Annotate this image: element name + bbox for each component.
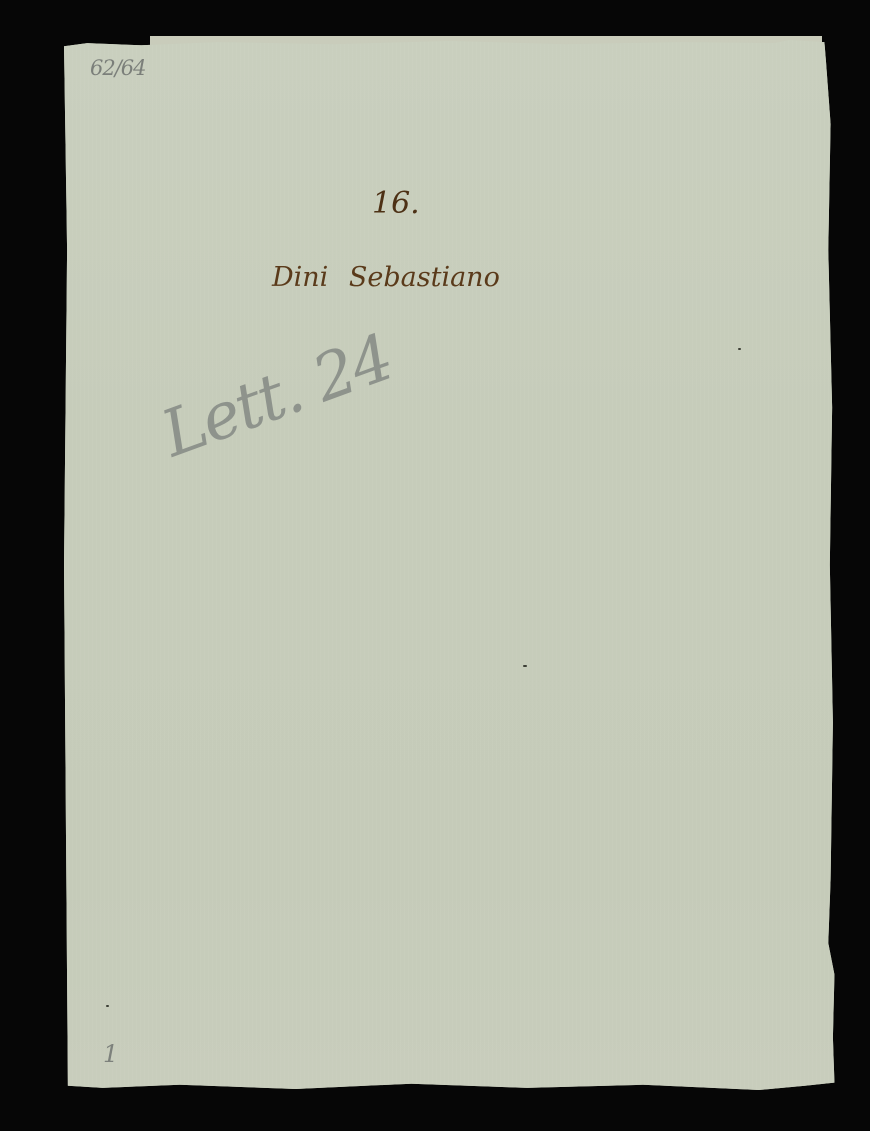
page-number: 1: [103, 1040, 118, 1068]
paper-speck: [523, 665, 527, 667]
folder-number: 16.: [372, 186, 420, 221]
paper-speck: [106, 1005, 109, 1007]
document-page: [64, 40, 836, 1090]
correspondent-name: Dini Sebastiano: [272, 262, 500, 293]
paper-speck: [738, 348, 741, 350]
shelfmark-pencil-note: 62/64: [90, 56, 146, 80]
